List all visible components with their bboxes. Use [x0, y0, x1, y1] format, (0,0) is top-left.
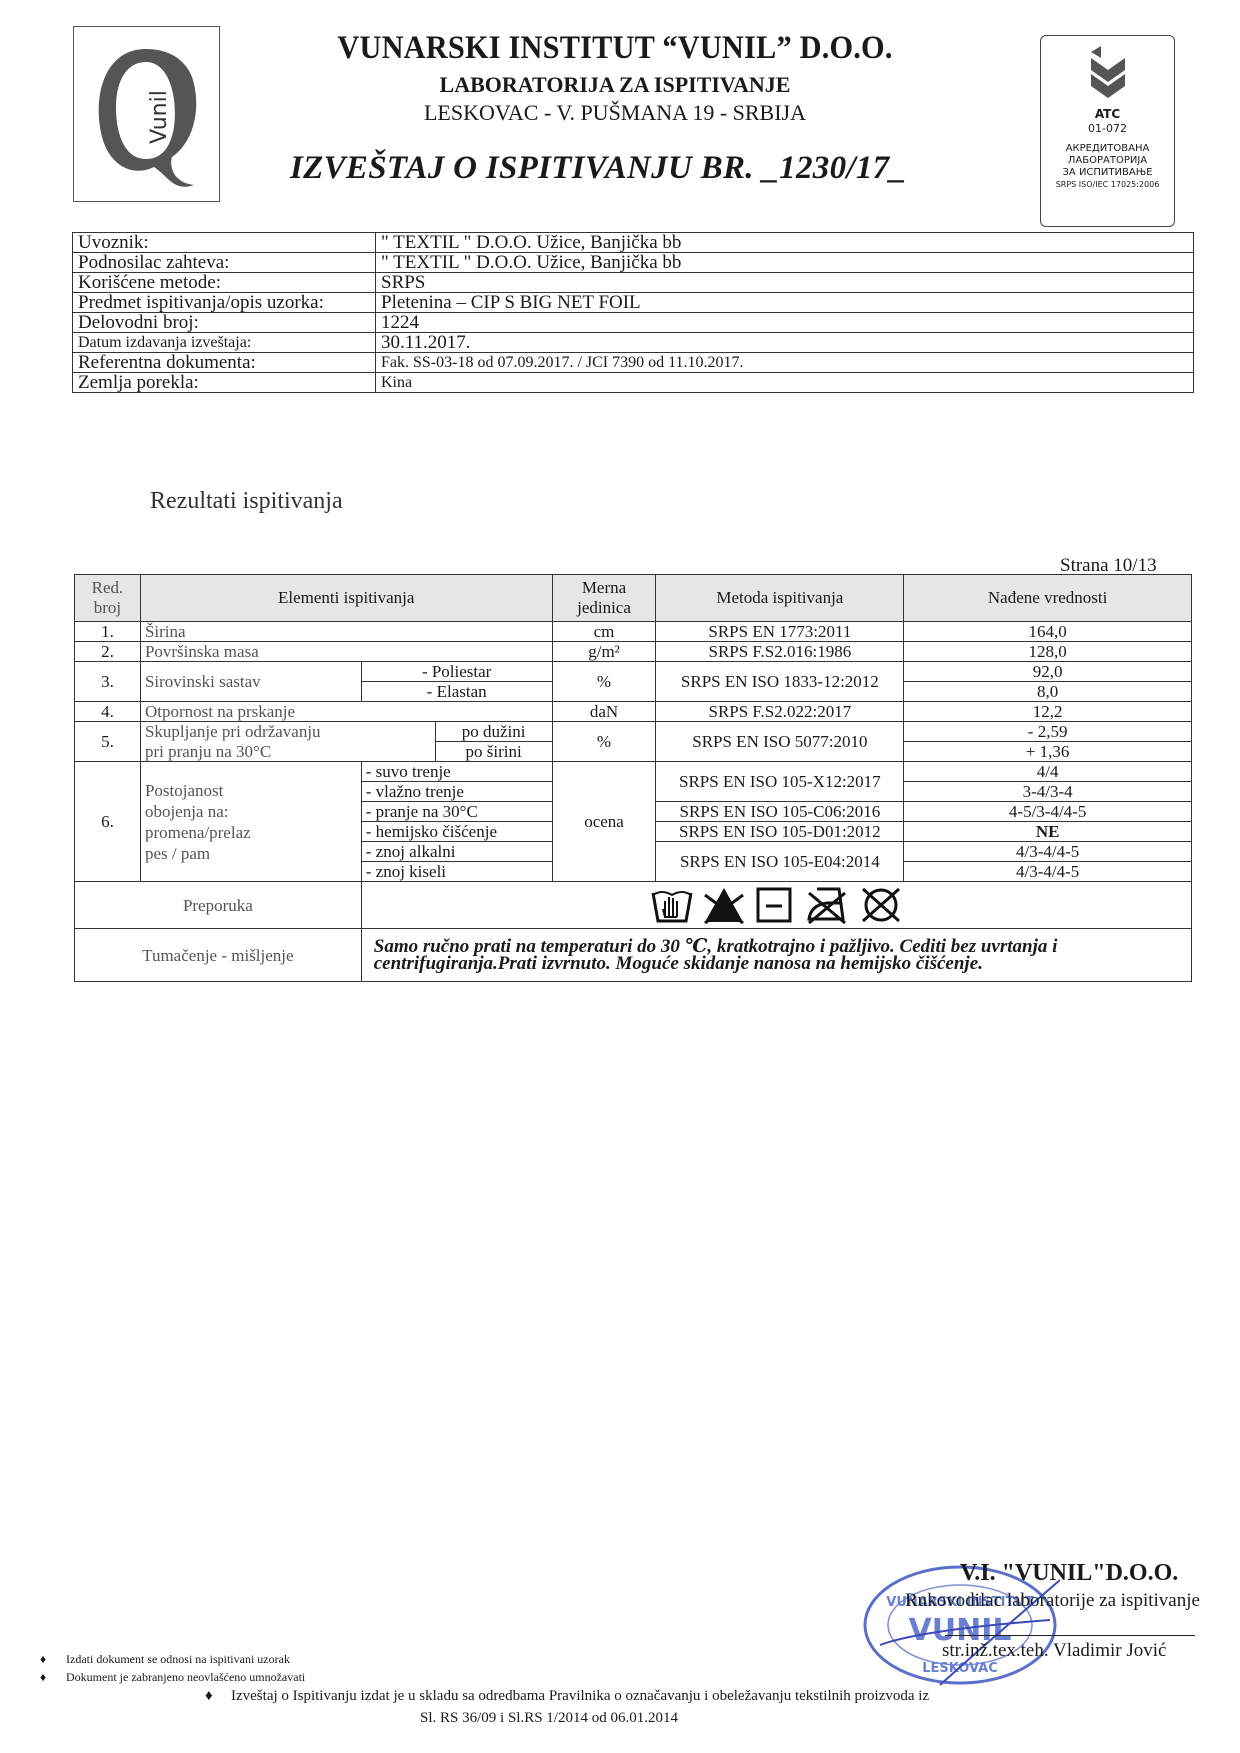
table-row: 4. Otpornost na prskanje daN SRPS F.S2.0… — [75, 702, 1192, 722]
report-info-table: Uvoznik:" TEXTIL " D.O.O. Užice, Banjičk… — [72, 232, 1194, 393]
table-row: 6. Postojanost obojenja na: promena/prel… — [75, 762, 1192, 782]
atc-number: 01-072 — [1041, 122, 1174, 135]
svg-text:LESKOVAC: LESKOVAC — [922, 1661, 998, 1676]
results-table-body: Red. broj Elementi ispitivanja Merna jed… — [74, 574, 1192, 982]
accreditation-badge: ATC 01-072 АКРЕДИТОВАНА ЛАБОРАТОРИЈА ЗА … — [1040, 35, 1175, 227]
atc-chevron-icon — [1083, 44, 1133, 100]
no-iron-icon — [803, 885, 851, 925]
table-row: 3. Sirovinski sastav - Poliestar % SRPS … — [75, 662, 1192, 682]
header-value: Nađene vrednosti — [904, 575, 1192, 622]
header-unit: Merna jedinica — [552, 575, 656, 622]
institute-name: VUNARSKI INSTITUT “VUNIL” D.O.O. — [261, 30, 969, 67]
info-row: Podnosilac zahteva:" TEXTIL " D.O.O. Uži… — [73, 253, 1194, 273]
bullet-icon: ♦ — [40, 1652, 66, 1667]
header-no: Red. broj — [75, 575, 141, 622]
report-title: IZVEŠTAJ O ISPITIVANJU BR. _1230/17_ — [290, 150, 906, 187]
header-element: Elementi ispitivanja — [140, 575, 552, 622]
atc-standard: SRPS ISO/IEC 17025:2006 — [1041, 180, 1174, 189]
atc-code: ATC — [1041, 107, 1174, 121]
vunil-logo: Vunil — [73, 26, 220, 202]
info-row: Referentna dokumenta:Fak. SS-03-18 od 07… — [73, 353, 1194, 373]
recommendation-label: Preporuka — [75, 882, 362, 929]
opinion-row: Tumačenje - mišljenje Samo ručno prati n… — [75, 929, 1192, 982]
info-row: Zemlja porekla:Kina — [73, 373, 1194, 393]
dry-flat-icon — [754, 885, 794, 925]
report-number: _1230/17_ — [762, 150, 906, 186]
footer-note-1: ♦Izdati dokument se odnosi na ispitivani… — [40, 1652, 290, 1667]
bullet-icon: ♦ — [40, 1670, 66, 1685]
bullet-icon: ♦ — [205, 1688, 231, 1705]
signature-line — [945, 1635, 1195, 1636]
footer-note-2: ♦Dokument je zabranjeno neovlašćeno umno… — [40, 1670, 305, 1685]
no-tumble-dry-icon — [859, 885, 903, 925]
table-row: 2. Površinska masa g/m² SRPS F.S2.016:19… — [75, 642, 1192, 662]
q-logo-icon: Vunil — [74, 27, 219, 201]
no-bleach-icon — [702, 885, 746, 925]
svg-text:Vunil: Vunil — [147, 90, 172, 144]
footer-note-4: Sl. RS 36/09 i Sl.RS 1/2014 od 06.01.201… — [420, 1710, 678, 1727]
table-row: 1. Širina cm SRPS EN 1773:2011 164,0 — [75, 622, 1192, 642]
lab-address: LESKOVAC - V. PUŠMANA 19 - SRBIJA — [230, 100, 1000, 126]
signature-org: V.I. "VUNIL"D.O.O. — [960, 1560, 1178, 1587]
fastness-label: Postojanost obojenja na: promena/prelaz … — [140, 762, 361, 882]
hand-wash-icon — [650, 885, 694, 925]
opinion-text: Samo ručno prati na temperaturi do 30 ℃,… — [361, 929, 1191, 982]
care-symbols — [361, 882, 1191, 929]
opinion-label: Tumačenje - mišljenje — [75, 929, 362, 982]
header-method: Metoda ispitivanja — [656, 575, 904, 622]
results-header-row: Red. broj Elementi ispitivanja Merna jed… — [75, 575, 1192, 622]
atc-text: АКРЕДИТОВАНА ЛАБОРАТОРИЈА ЗА ИСПИТИВАЊЕ — [1041, 143, 1174, 179]
lab-name: LABORATORIJA ZA ISPITIVANJE — [230, 72, 1000, 98]
footer-note-3: ♦Izveštaj o Ispitivanju izdat je u sklad… — [205, 1688, 929, 1705]
info-row: Uvoznik:" TEXTIL " D.O.O. Užice, Banjičk… — [73, 233, 1194, 253]
info-row: Datum izdavanja izveštaja:30.11.2017. — [73, 333, 1194, 353]
table-row: 5. Skupljanje pri održavanju po dužini %… — [75, 722, 1192, 742]
info-row: Predmet ispitivanja/opis uzorka:Pletenin… — [73, 293, 1194, 313]
recommendation-row: Preporuka — [75, 882, 1192, 929]
info-row: Korišćene metode:SRPS — [73, 273, 1194, 293]
report-label: IZVEŠTAJ O ISPITIVANJU BR. — [290, 150, 754, 186]
signature-role: Rukovodilac laboratorije za ispitivanje — [905, 1590, 1200, 1612]
info-row: Delovodni broj:1224 — [73, 313, 1194, 333]
results-title: Rezultati ispitivanja — [150, 488, 343, 515]
signature-name: str.inž.tex.teh. Vladimir Jović — [942, 1640, 1166, 1662]
